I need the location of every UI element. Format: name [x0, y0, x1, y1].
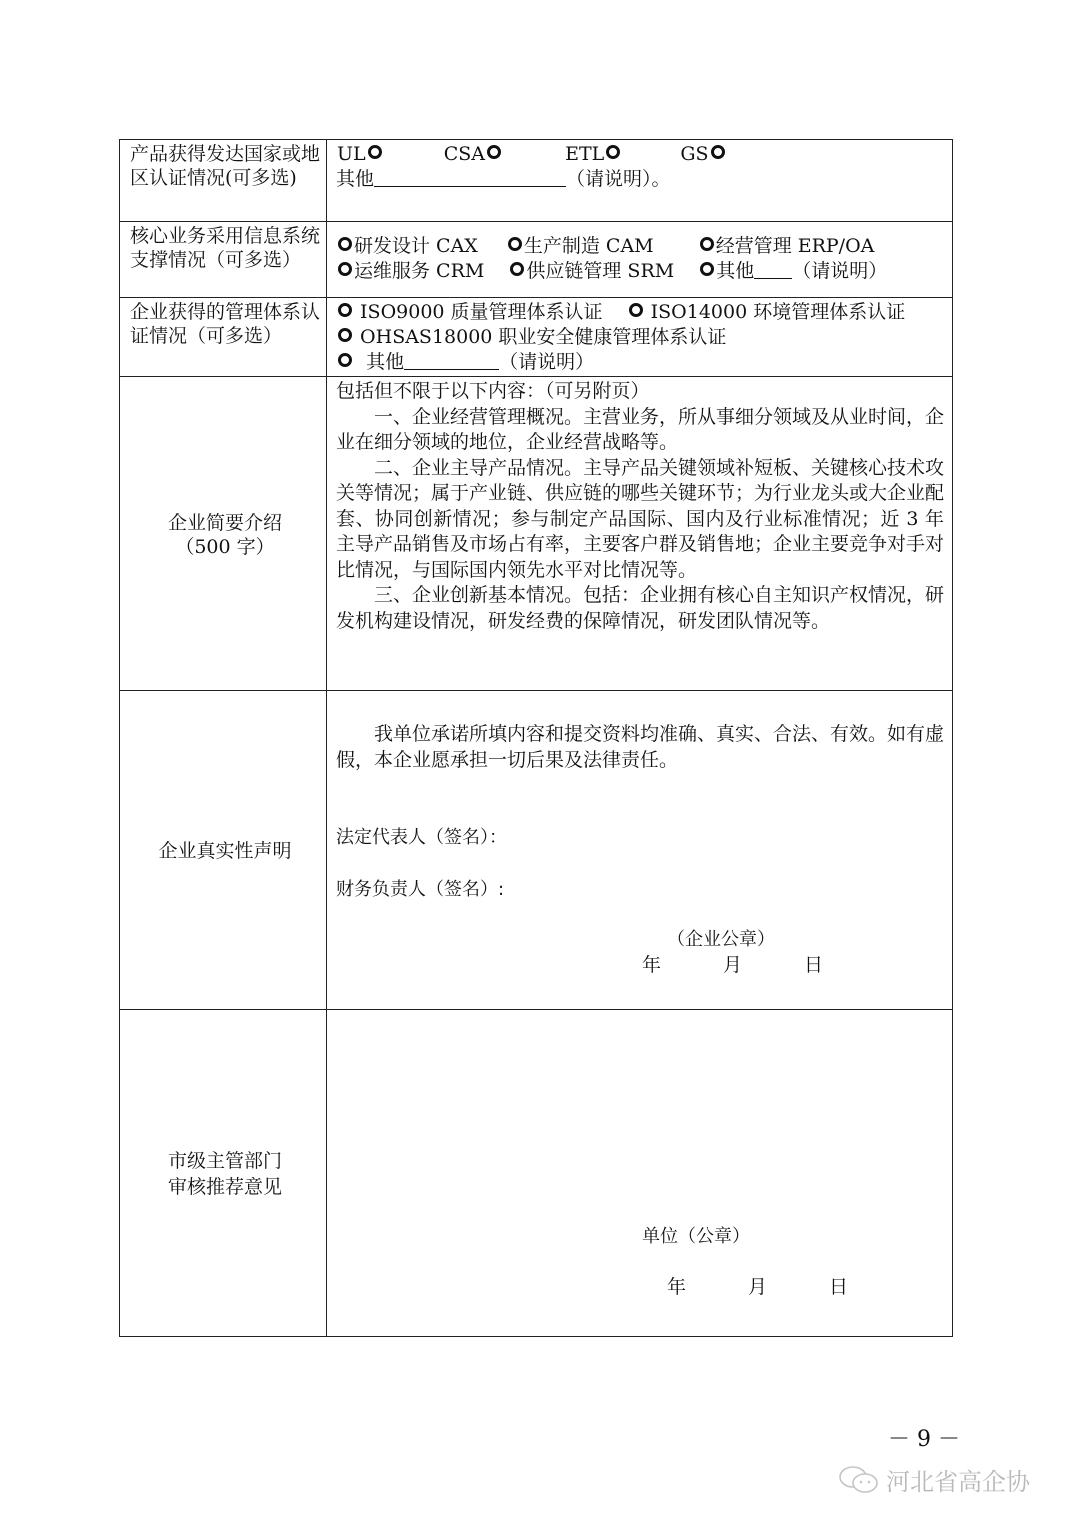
radio-circle-icon: [368, 145, 382, 159]
radio-circle-icon: [700, 237, 714, 251]
row-label: 产品获得发达国家或地区认证情况(可多选): [120, 140, 327, 221]
row-value: ISO9000 质量管理体系认证 ISO14000 环境管理体系认证 OHSAS…: [327, 298, 953, 376]
other-input-line[interactable]: [374, 168, 566, 187]
option-other[interactable]: 其他（请说明）: [698, 260, 887, 282]
row-cert-country: 产品获得发达国家或地区认证情况(可多选) UL CSA ETL GS 其他（请说…: [120, 140, 953, 222]
option-csa[interactable]: CSA: [444, 143, 503, 165]
watermark: 河北省高企协: [838, 1462, 1030, 1497]
radio-circle-icon: [338, 303, 352, 317]
option-cam[interactable]: 生产制造 CAM: [506, 235, 654, 257]
row-label: 市级主管部门 审核推荐意见: [120, 1010, 327, 1336]
wechat-icon: [838, 1464, 880, 1496]
radio-circle-icon: [700, 262, 714, 276]
row-value: UL CSA ETL GS 其他（请说明）。: [327, 140, 953, 221]
option-etl[interactable]: ETL: [565, 143, 622, 165]
page-number: － 9 －: [888, 1422, 960, 1453]
row-label: 核心业务采用信息系统支撑情况（可多选）: [120, 222, 327, 297]
option-gs[interactable]: GS: [680, 143, 726, 165]
review-opinion[interactable]: 单位（公章） 年月日: [327, 1010, 953, 1336]
radio-circle-icon: [711, 145, 725, 159]
option-crm[interactable]: 运维服务 CRM: [336, 260, 484, 282]
row-mgmt-cert: 企业获得的管理体系认证情况（可多选） ISO9000 质量管理体系认证 ISO1…: [120, 298, 953, 377]
radio-circle-icon: [338, 353, 352, 367]
radio-circle-icon: [487, 145, 501, 159]
option-other[interactable]: 其他（请说明）: [336, 351, 594, 373]
legal-rep-signature[interactable]: 法定代表人（签名）：: [336, 825, 507, 850]
radio-circle-icon: [338, 328, 352, 342]
other-input-line[interactable]: [754, 260, 792, 279]
intro-guidance[interactable]: 包括但不限于以下内容：（可另附页） 一、企业经营管理概况。主营业务，所从事细分领…: [327, 377, 953, 690]
row-info-system: 核心业务采用信息系统支撑情况（可多选） 研发设计 CAX 生产制造 CAM 经营…: [120, 222, 953, 298]
date-line: 年月日: [642, 953, 823, 978]
radio-circle-icon: [338, 237, 352, 251]
date-line: 年月日: [667, 1275, 848, 1300]
application-form-table: 产品获得发达国家或地区认证情况(可多选) UL CSA ETL GS 其他（请说…: [119, 139, 953, 1337]
row-label: 企业获得的管理体系认证情况（可多选）: [120, 298, 327, 376]
radio-circle-icon: [510, 262, 524, 276]
row-label: 企业真实性声明: [120, 691, 327, 1009]
option-ul[interactable]: UL: [337, 143, 384, 165]
radio-circle-icon: [606, 145, 620, 159]
option-erp[interactable]: 经营管理 ERP/OA: [698, 235, 875, 257]
company-seal-label: （企业公章）: [667, 927, 775, 952]
radio-circle-icon: [508, 237, 522, 251]
option-srm[interactable]: 供应链管理 SRM: [508, 260, 674, 282]
row-intro: 企业简要介绍 （500 字） 包括但不限于以下内容：（可另附页） 一、企业经营管…: [120, 377, 953, 691]
radio-circle-icon: [629, 303, 643, 317]
declaration-content: 我单位承诺所填内容和提交资料均准确、真实、合法、有效。如有虚假，本企业愿承担一切…: [327, 691, 953, 1009]
option-iso9000[interactable]: ISO9000 质量管理体系认证: [336, 301, 603, 323]
row-review: 市级主管部门 审核推荐意见 单位（公章） 年月日: [120, 1010, 953, 1337]
unit-seal-label: 单位（公章）: [642, 1224, 750, 1249]
radio-circle-icon: [338, 262, 352, 276]
row-label: 企业简要介绍 （500 字）: [120, 377, 327, 690]
option-ohsas18000[interactable]: OHSAS18000 职业安全健康管理体系认证: [336, 326, 726, 348]
option-iso14000[interactable]: ISO14000 环境管理体系认证: [627, 301, 906, 323]
row-declaration: 企业真实性声明 我单位承诺所填内容和提交资料均准确、真实、合法、有效。如有虚假，…: [120, 691, 953, 1010]
option-cax[interactable]: 研发设计 CAX: [336, 235, 478, 257]
other-input-line[interactable]: [404, 351, 499, 370]
other-note: （请说明）。: [566, 168, 671, 190]
other-label: 其他: [336, 168, 374, 190]
row-value: 研发设计 CAX 生产制造 CAM 经营管理 ERP/OA 运维服务 CRM 供…: [327, 222, 953, 297]
finance-signature[interactable]: 财务负责人（签名）:: [336, 877, 504, 902]
